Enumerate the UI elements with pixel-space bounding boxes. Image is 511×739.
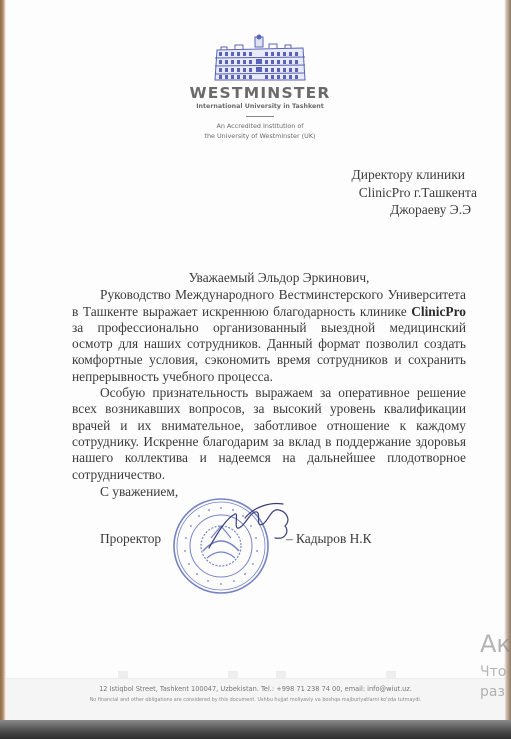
clinic-name-bold: ClinicPro bbox=[411, 304, 466, 319]
letter-body: Уважаемый Эльдор Эркинович, Руководство … bbox=[72, 270, 466, 500]
footer-disclaimer: No financial and other obligations are c… bbox=[0, 697, 511, 703]
watermark-line-1: Ак bbox=[480, 630, 511, 658]
letterhead-divider bbox=[246, 116, 274, 117]
paragraph-2: Особую признательность выражаем за опера… bbox=[72, 385, 466, 483]
university-subtitle: International University in Tashkent bbox=[180, 102, 340, 111]
accreditation-line-2: the University of Westminster (UK) bbox=[180, 132, 340, 142]
recipient-position: Директору клиники bbox=[352, 166, 477, 184]
recipient-organization: ClinicPro г.Ташкента bbox=[352, 184, 477, 202]
handwritten-signature-icon bbox=[205, 500, 295, 560]
university-wordmark: WESTMINSTER bbox=[180, 84, 340, 102]
letterhead: WESTMINSTER International University in … bbox=[180, 34, 340, 141]
signatory-title: Проректор bbox=[100, 531, 161, 547]
paragraph-1-text-end: за профессионально организованный выездн… bbox=[72, 320, 466, 384]
document-photo-frame: WESTMINSTER International University in … bbox=[0, 0, 511, 739]
recipient-name: Джораеву Э.Э bbox=[352, 201, 477, 219]
westminster-building-icon bbox=[211, 34, 309, 82]
os-activation-watermark: Ак Что раз bbox=[480, 630, 511, 702]
watermark-line-3: раз bbox=[480, 682, 511, 702]
salutation: Уважаемый Эльдор Эркинович, bbox=[72, 270, 466, 286]
paragraph-1: Руководство Международного Вестминстерск… bbox=[72, 287, 466, 385]
paragraph-1-text-start: Руководство Международного Вестминстерск… bbox=[72, 287, 466, 318]
watermark-line-2: Что bbox=[480, 662, 511, 682]
photo-bottom-shadow bbox=[0, 720, 511, 739]
signatory-name: – Кадыров Н.К bbox=[286, 531, 372, 547]
accreditation-line-1: An Accredited Institution of bbox=[180, 122, 340, 132]
recipient-block: Директору клиники ClinicPro г.Ташкента Д… bbox=[352, 166, 477, 219]
footer-address: 12 Istiqbol Street, Tashkent 100047, Uzb… bbox=[0, 685, 511, 693]
